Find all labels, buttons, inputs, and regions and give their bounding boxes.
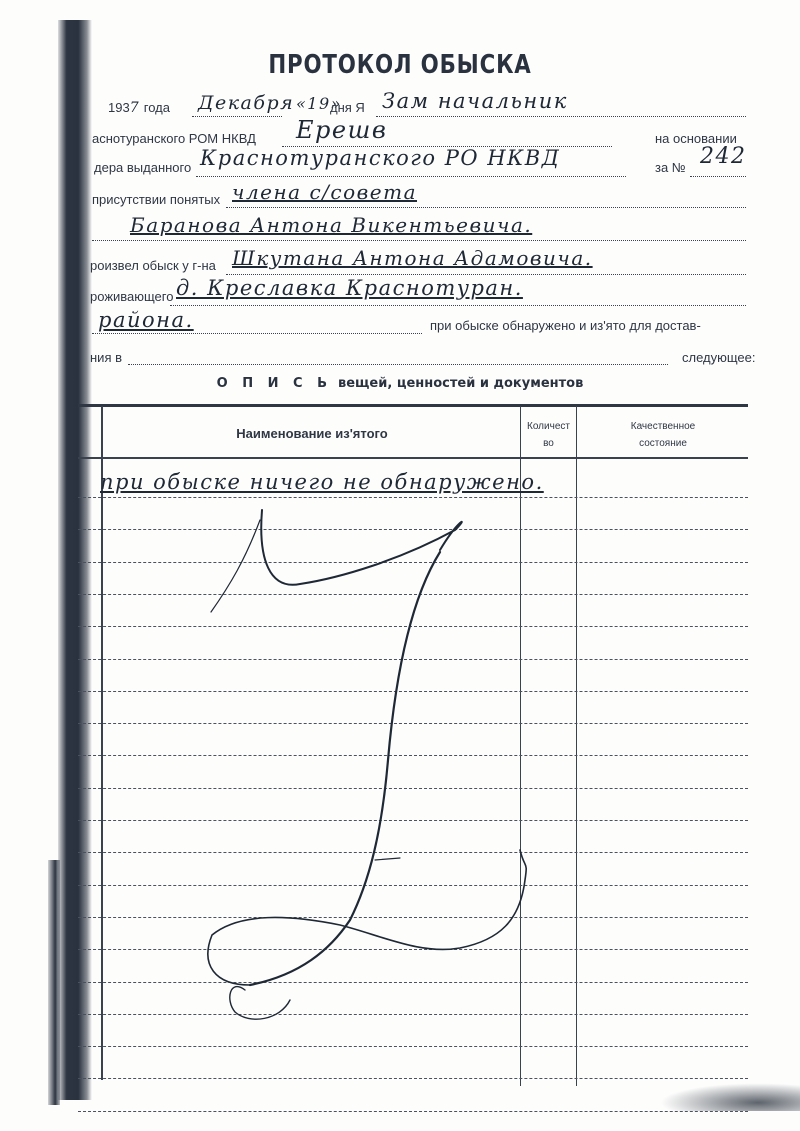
day-label: дня Я [330,100,365,115]
month-value: Декабря [198,92,294,114]
inventory-title: О П И С Ьвещей, ценностей и документов [0,376,800,391]
binding-shadow-lower [48,860,60,1105]
search-label: роизвел обыск у г-на [90,258,216,273]
residence-line-2: района. [98,308,194,332]
official-value: Зам начальник [382,89,568,113]
table-header-rule [78,457,748,459]
table-row-line [78,755,748,756]
number-label: за № [655,160,686,175]
delivery-prefix: ния в [90,350,122,365]
col-header-condition: Качественное состояние [577,418,749,452]
residence-2-underline [92,333,422,334]
witnesses-underline [226,207,746,208]
table-row-item-name: при обыске ничего не обнаружено. [100,470,544,494]
delivery-underline [128,364,668,365]
warrant-number: 242 [700,144,747,169]
witnesses-label: присутствии понятых [92,192,220,207]
document-title: ПРОТОКОЛ ОБЫСКА [72,50,728,80]
table-row-line [78,917,748,918]
scan-smudge [660,1083,800,1111]
table-row-line [78,594,748,595]
table-row-line [78,949,748,950]
table-row-line [78,788,748,789]
year-field: 1937 года [108,100,170,116]
table-row-line [78,982,748,983]
officer-name: Ерешв [296,116,387,144]
delivery-suffix: следующее: [682,350,756,365]
year-handwritten: 7 [130,100,140,116]
table-row-line [78,529,748,530]
table-row-line [78,626,748,627]
searched-person: Шкутана Антона Адамовича. [232,246,593,270]
number-underline [690,176,746,177]
table-row-line [78,497,748,498]
table-row-line [78,852,748,853]
found-label: при обыске обнаружено и из'ято для доста… [430,318,701,333]
col-header-name: Наименование из'ятого [104,426,520,441]
table-left-border [101,406,103,1080]
table-row-line [78,1046,748,1047]
witness-name-underline [92,240,746,241]
official-underline [376,116,746,117]
table-row-line [78,723,748,724]
table-row-line [78,1078,748,1079]
table-row-line [78,691,748,692]
table-row-line [78,659,748,660]
witness-line-1: члена с/совета [232,180,417,204]
col-divider-qty [520,406,521,1086]
table-row-line [78,1014,748,1015]
warrant-issuer: Краснотуранского РО НКВД [200,146,560,170]
table-row-line [78,820,748,821]
col-header-qty: Количест во [521,418,576,452]
warrant-issuer-underline [196,176,626,177]
searched-person-underline [226,274,746,275]
residence-underline [170,305,746,306]
col-divider-condition [576,406,577,1086]
table-row-line [78,562,748,563]
dept-label: аснотуранского РОМ НКВД [92,131,256,146]
residence-line-1: д. Креславка Краснотуран. [176,276,523,300]
month-underline [192,116,282,117]
residence-label: роживающего [90,289,173,304]
witness-line-2: Баранова Антона Викентьевича. [130,213,532,237]
table-top-rule [78,404,748,407]
binding-shadow [58,20,92,1100]
table-row-line [78,885,748,886]
table-row-line [78,1111,748,1112]
warrant-label: дера выданного [94,160,191,175]
